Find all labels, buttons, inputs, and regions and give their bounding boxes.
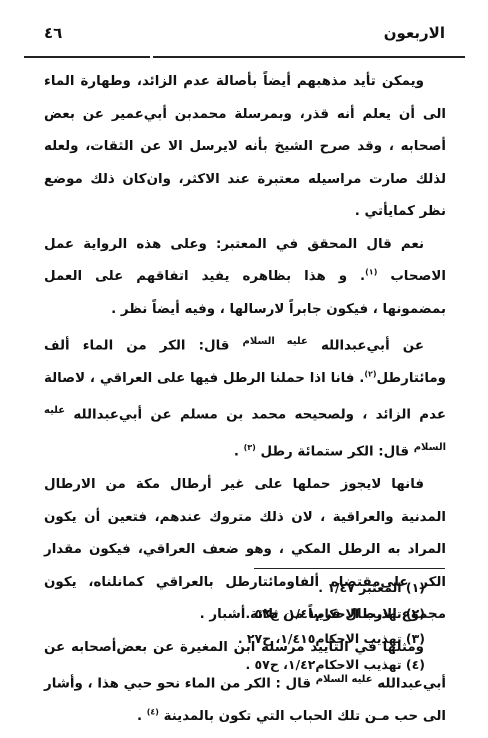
footnote-reference: (١) (365, 268, 377, 277)
honorific-ligature: عليه السلام (243, 336, 308, 347)
paragraph-text: قال: الكر ستمائة رطل (256, 445, 414, 460)
footnote-text: تهذيب الاحكام١/٤٢، ح٥٧ . (245, 657, 401, 672)
paragraph: عن أبي‌عبدالله عليه السلام قال: الكر من … (44, 326, 446, 469)
paragraph: ويمكن تأيد مذهبهم أيضاً بأصالة عدم الزائ… (44, 66, 446, 229)
paragraph: نعم قال المحقق في المعتبر: وعلى هذه الرو… (44, 229, 446, 327)
paragraph-text: . (137, 709, 147, 724)
footnote-text: تهذيب الاحكام١/٤١، ح٥٢ . (245, 606, 401, 621)
header-rule (24, 56, 465, 58)
running-head: الاربعون ٤٦ (24, 24, 465, 50)
footnote-number: (٤) (402, 657, 425, 672)
footnote: (٣) تهذيب الاحكام١/٤١٥، ح٢٧ . (180, 626, 425, 652)
footnote-separator (254, 568, 445, 569)
footnote: (٤) تهذيب الاحكام١/٤٢، ح٥٧ . (180, 652, 425, 678)
footnote-number: (٢) (402, 606, 425, 621)
footnote-reference: (٣) (244, 443, 256, 452)
book-page: الاربعون ٤٦ ويمكن تأيد مذهبهم أيضاً بأصا… (0, 0, 488, 738)
footnote-number: (٣) (402, 631, 425, 646)
paragraph-text: ويمكن تأيد مذهبهم أيضاً بأصالة عدم الزائ… (44, 74, 446, 219)
footnote: (١) المعتبر ١/٤٧ . (180, 575, 425, 601)
page-number: ٤٦ (44, 24, 62, 42)
footnote-reference: (٤) (147, 708, 159, 717)
footnotes: (١) المعتبر ١/٤٧ .(٢) تهذيب الاحكام١/٤١،… (180, 575, 425, 677)
footnote-text: المعتبر ١/٤٧ . (318, 580, 401, 595)
footnote-reference: (٢) (364, 370, 376, 379)
paragraph-text: . (234, 445, 244, 460)
running-title: الاربعون (384, 24, 445, 42)
header-rule-gap (150, 55, 153, 59)
footnote-number: (١) (402, 580, 425, 595)
footnote: (٢) تهذيب الاحكام١/٤١، ح٥٢ . (180, 601, 425, 627)
paragraph-text: عن أبي‌عبدالله (308, 338, 424, 353)
footnote-text: تهذيب الاحكام١/٤١٥، ح٢٧ . (238, 631, 402, 646)
